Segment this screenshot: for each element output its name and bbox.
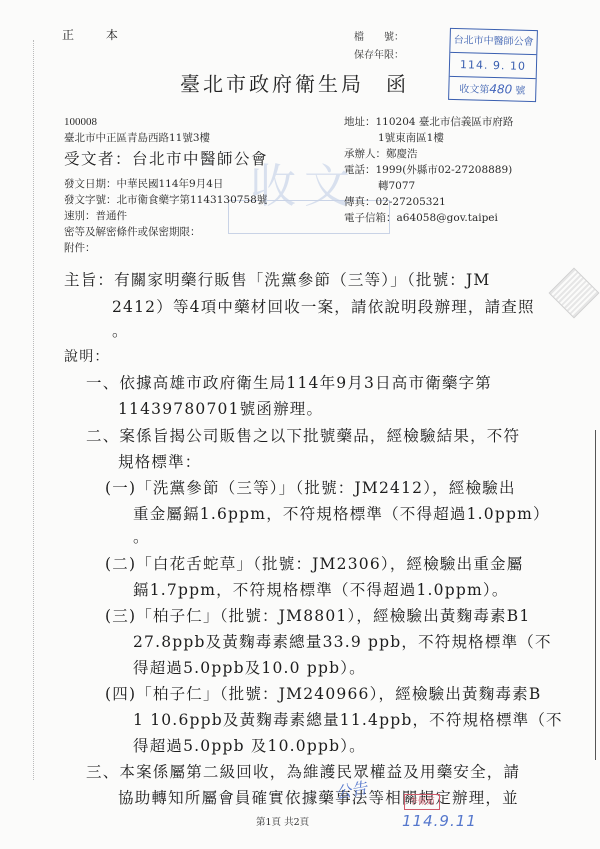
item1-line1: 一、依據高雄市政府衛生局114年9月3日高市衛藥字第 [86, 372, 492, 395]
phone-line1: 電話：1999(外縣市02-27208889) [344, 163, 512, 178]
recipient: 受文者：台北市中醫師公會 [64, 147, 268, 169]
sub2-line2: 鎘1.7ppm，不符規格標準（不得超過1.0ppm）。 [133, 579, 509, 602]
stamp-receipt-row: 收文第480 號 [449, 77, 536, 102]
subject-line3: 。 [112, 320, 129, 343]
sender-address-line1: 地址：110204 臺北市信義區市府路 [344, 115, 513, 130]
fax: 傳真：02-27205321 [344, 195, 446, 210]
explanation-heading: 說明： [64, 346, 110, 369]
perforation-seal [549, 268, 600, 319]
sub1-line1: (一)「洗黨參節（三等）」（批號：JM2412），經檢驗出 [105, 477, 516, 500]
recipient-address: 臺北市中正區青島西路11號3樓 [64, 131, 210, 146]
attachment: 附件： [64, 241, 96, 256]
item1-line2: 11439780701號函辦理。 [118, 398, 323, 421]
sub3-line2: 27.8ppb及黃麴毒素總量33.9 ppb，不符規格標準（不 [133, 631, 552, 654]
subject-line1: 主旨：有關家明藥行販售「洗黨參節（三等）」（批號：JM [64, 269, 491, 292]
issue-number: 發文字號：北市衛食藥字第1143130758號 [64, 193, 267, 208]
postal-code: 100008 [64, 115, 97, 130]
item2-line2: 規格標準： [118, 451, 202, 474]
subject-line2: 2412）等4項中藥材回收一案，請依說明段辦理，請查照 [112, 296, 535, 319]
item3-line1: 三、本案係屬第二級回收，為維護民眾權益及用藥安全，請 [86, 761, 520, 784]
stamp-suffix: 號 [515, 86, 525, 97]
sub1-line3: 。 [133, 526, 150, 549]
sub2-line1: (二)「白花舌蛇草」（批號：JM2306），經檢驗出重金屬 [105, 553, 523, 576]
issue-date: 發文日期：中華民國114年9月4日 [64, 177, 223, 192]
stamp-org: 台北市中醫師公會 [450, 29, 537, 55]
sub3-line1: (三)「柏子仁」（批號：JM8801），經檢驗出黃麴毒素B1 [105, 605, 530, 628]
personal-chop: 李佩茹 [404, 794, 440, 810]
binding-margin-line [33, 40, 34, 780]
speed: 速別：普通件 [64, 209, 127, 224]
page-title: 臺北市政府衛生局函 [180, 68, 409, 97]
handwritten-date: 114.9.11 [402, 812, 477, 830]
page-edge [595, 430, 596, 760]
sub4-line2: 1 10.6ppb及黃麴毒素總量11.4ppb，不符規格標準（不 [133, 709, 563, 732]
sub4-line3: 得超過5.0ppb 及10.0ppb）。 [133, 735, 366, 758]
sub4-line1: (四)「柏子仁」（批號：JM240966），經檢驗出黃麴毒素B [105, 683, 541, 706]
secrecy: 密等及解密條件或保密期限： [64, 225, 201, 240]
phone-line2: 轉7077 [378, 179, 415, 194]
handler: 承辦人：鄭慶浩 [344, 147, 418, 162]
item2-line1: 二、案係旨揭公司販售之以下批號藥品，經檢驗結果，不符 [86, 425, 520, 448]
copy-type: 正 本 [62, 26, 132, 43]
stamp-prefix: 收文第 [459, 84, 489, 96]
doc-type: 函 [386, 72, 409, 96]
sub1-line2: 重金屬鎘1.6ppm，不符規格標準（不得超過1.0ppm） [133, 503, 550, 526]
stamp-date: 114. 9. 10 [450, 53, 537, 79]
sender-address-line2: 1號東南區1樓 [378, 131, 444, 146]
sub3-line3: 得超過5.0ppb及10.0 ppb）。 [133, 657, 366, 680]
item3-line2: 協助轉知所屬會員確實依據藥事法等相關規定辦理，並 [118, 787, 519, 810]
page-indicator: 第1頁 共2頁 [256, 814, 309, 828]
file-number-label: 檔 號： [354, 28, 404, 43]
receipt-stamp: 台北市中醫師公會 114. 9. 10 收文第480 號 [448, 28, 538, 102]
agency-title: 臺北市政府衛生局 [180, 72, 364, 96]
email[interactable]: 電子信箱：a64058@gov.taipei [344, 211, 498, 226]
stamp-receipt-number: 480 [489, 82, 512, 97]
retention-label: 保存年限： [354, 46, 404, 61]
